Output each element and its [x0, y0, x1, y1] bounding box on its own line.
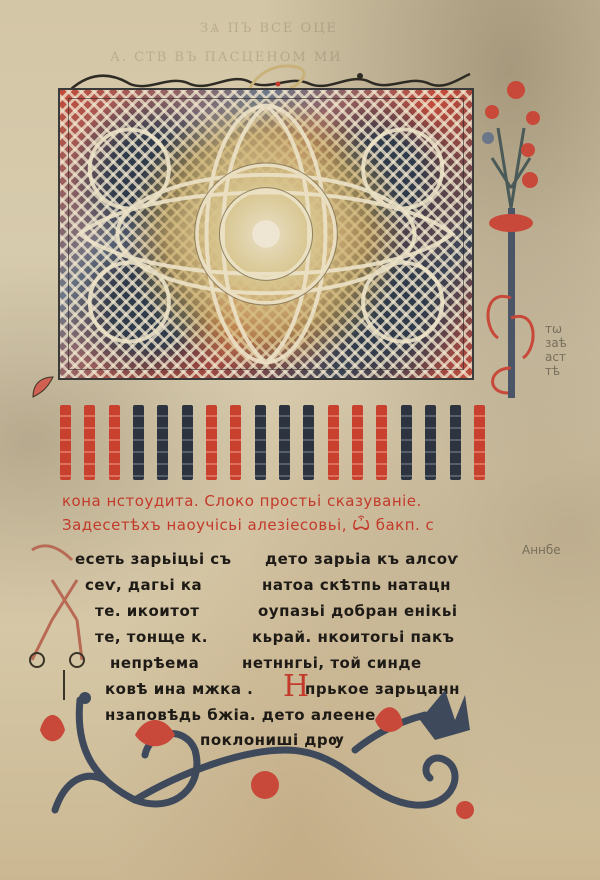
body-line-left: есеть зарьіцьі съ — [75, 550, 231, 568]
title-letter — [279, 405, 290, 480]
flower-stem-ornament — [478, 68, 548, 398]
margin-note: тѡ заѣ аст тѣ — [545, 322, 567, 378]
title-letter — [182, 405, 193, 480]
body-line-left: непрѣема — [110, 654, 199, 672]
title-letter — [206, 405, 217, 480]
title-letter — [401, 405, 412, 480]
title-letter — [352, 405, 363, 480]
body-line-right: оупазьі добран енікьі — [258, 602, 457, 620]
interlace-headpiece — [58, 88, 474, 380]
title-letter — [328, 405, 339, 480]
body-line-right: дето зарьіа къ алсоѵ — [265, 550, 458, 568]
ornamental-vyaz-title — [60, 405, 485, 480]
title-letter — [84, 405, 95, 480]
title-letter — [255, 405, 266, 480]
body-line-right: кьрай. нкоитогьі пакъ — [252, 628, 454, 646]
body-line-left: те. икоитот — [95, 602, 200, 620]
floral-scroll-tailpiece — [25, 690, 495, 840]
title-letter — [425, 405, 436, 480]
rubric-line: Задесетѣхъ наоучісьі алезіесовьі, Ѽ бакп… — [62, 516, 434, 534]
bleed-through-text: ЗѦ ПЪ ВСЕ ОЦЕ — [200, 20, 338, 36]
title-letter — [450, 405, 461, 480]
corner-sprig-ornament — [28, 372, 58, 402]
title-letter — [303, 405, 314, 480]
body-line-right: натоа скѣтпь натацн — [262, 576, 451, 594]
title-letter — [230, 405, 241, 480]
body-line-right: нетннгьі, той синде — [242, 654, 422, 672]
interlace-knot-pattern — [60, 90, 472, 378]
body-line-left: сеѵ, дагьі ка — [85, 576, 202, 594]
title-letter — [133, 405, 144, 480]
title-letter — [157, 405, 168, 480]
margin-note: Аннбе — [522, 543, 561, 557]
title-letter — [109, 405, 120, 480]
title-letter — [474, 405, 485, 480]
title-letter — [376, 405, 387, 480]
rubric-line: кона нстоудита. Слоко простьі сказуваніе… — [62, 492, 422, 510]
title-letter — [60, 405, 71, 480]
body-line-left: те, тонще к. — [95, 628, 208, 646]
manuscript-page: ЗѦ ПЪ ВСЕ ОЦЕ А. СТВ ВЪ ПАСЦЕНОМ МИ — [0, 0, 600, 880]
